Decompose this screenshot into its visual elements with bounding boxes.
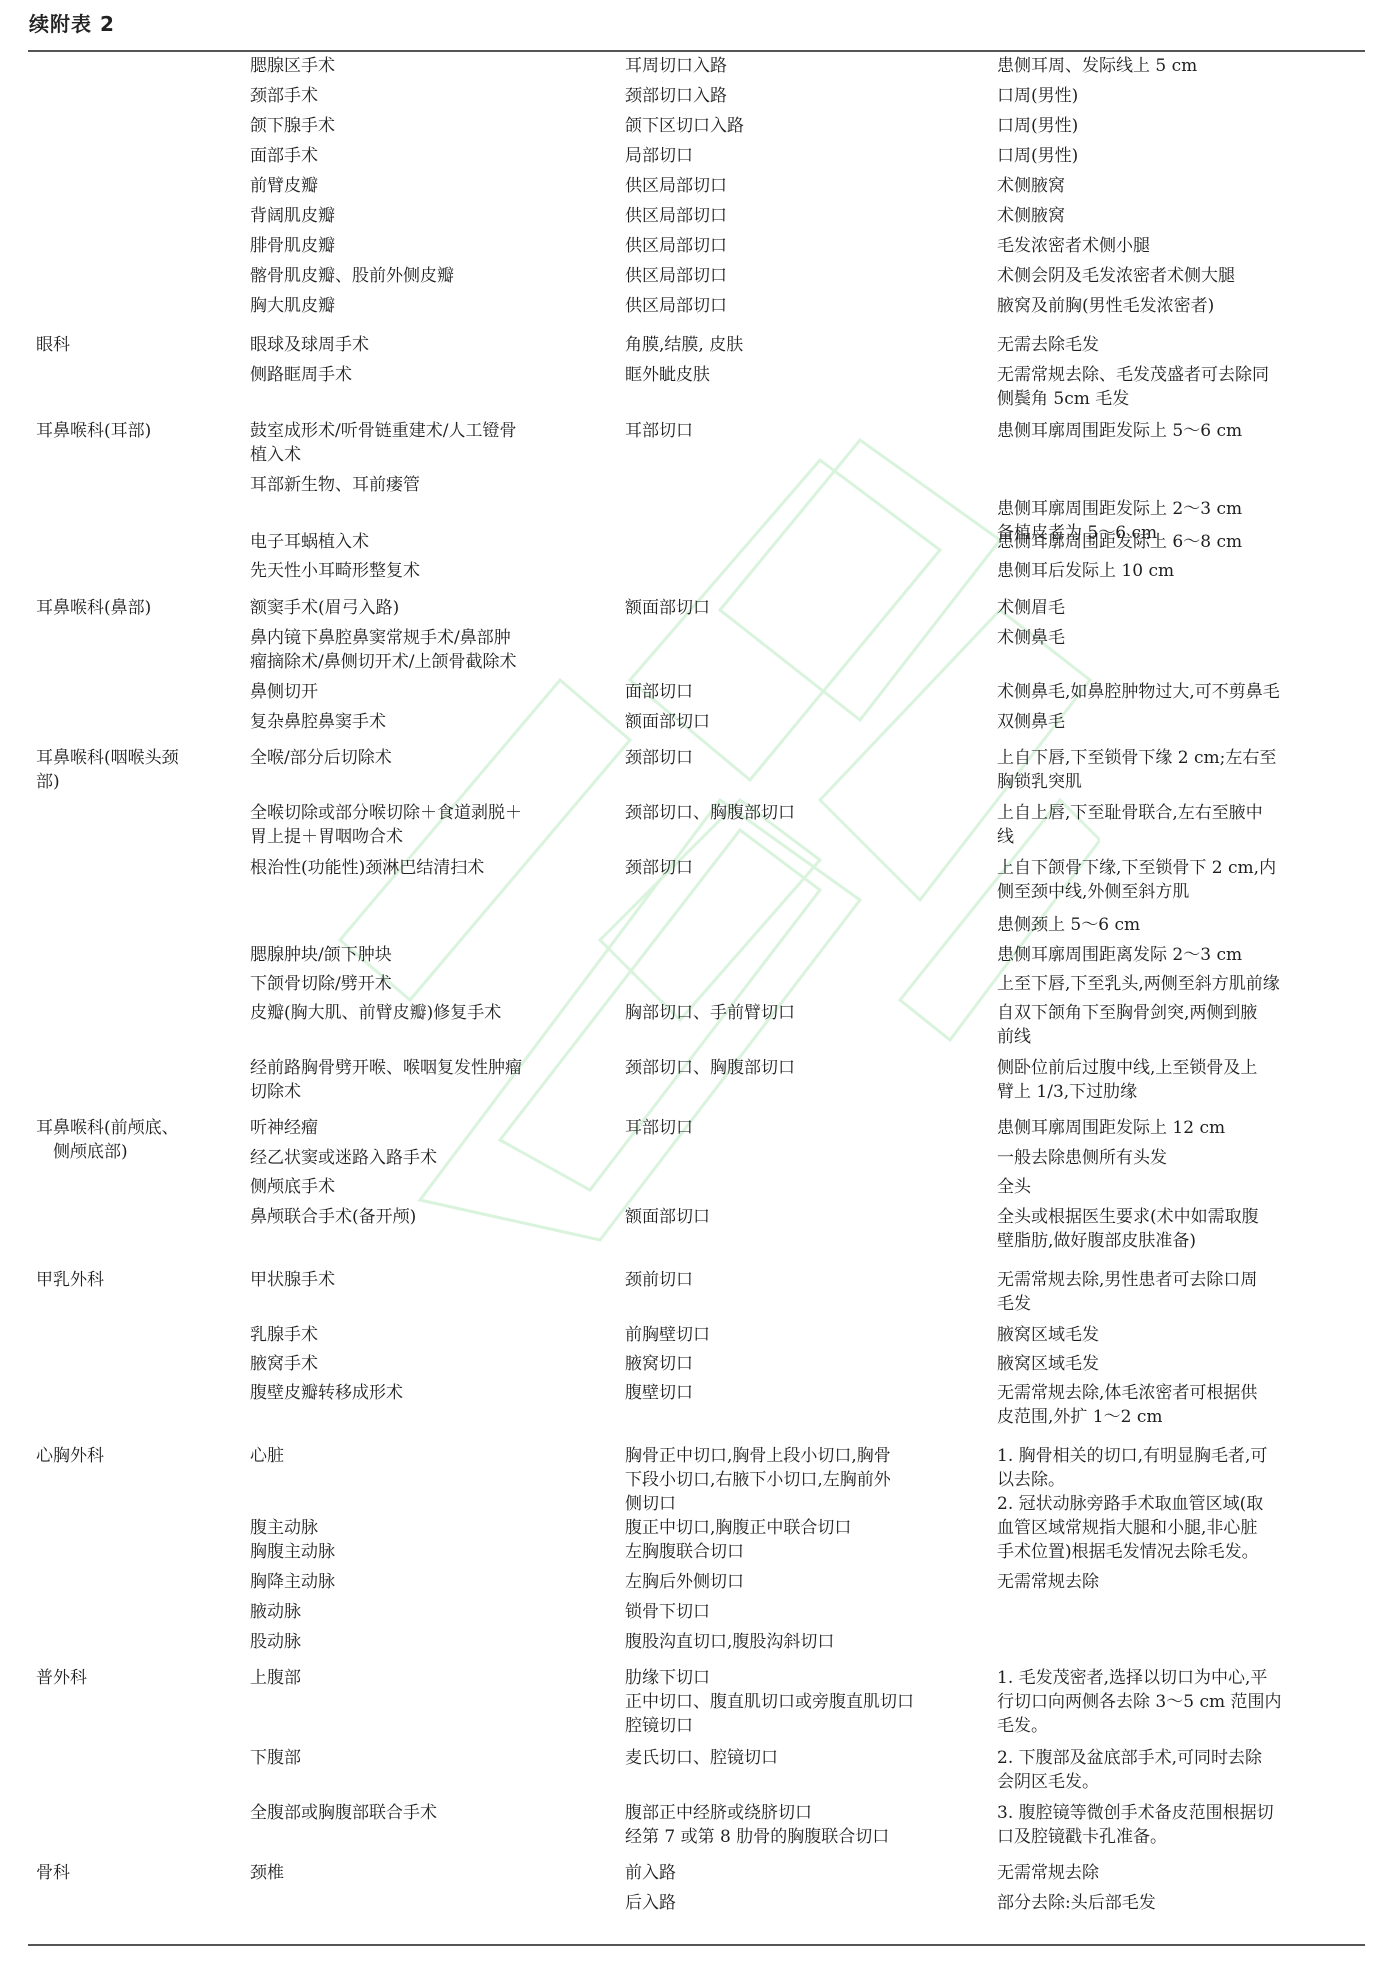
incision-cell: 颈部切口、胸腹部切口 bbox=[625, 801, 985, 825]
incision-cell: 眶外眦皮肤 bbox=[625, 363, 985, 387]
hair-removal-range-cell: 腋窝及前胸(男性毛发浓密者) bbox=[997, 294, 1362, 318]
procedure-cell: 经前路胸骨劈开喉、喉咽复发性肿瘤 切除术 bbox=[250, 1056, 610, 1104]
incision-cell: 供区局部切口 bbox=[625, 234, 985, 258]
procedure-cell: 侧路眶周手术 bbox=[250, 363, 610, 387]
procedure-cell: 根治性(功能性)颈淋巴结清扫术 bbox=[250, 856, 610, 880]
hair-removal-range-cell: 无需常规去除 bbox=[997, 1570, 1362, 1594]
hair-removal-range-cell: 术侧鼻毛,如鼻腔肿物过大,可不剪鼻毛 bbox=[997, 680, 1362, 704]
procedure-cell: 腮腺肿块/颌下肿块 bbox=[250, 943, 610, 967]
incision-cell: 角膜,结膜, 皮肤 bbox=[625, 333, 985, 357]
procedure-cell: 鼓室成形术/听骨链重建术/人工镫骨 植入术 bbox=[250, 419, 610, 467]
hair-removal-range-cell: 侧卧位前后过腹中线,上至锁骨及上 臂上 1/3,下过肋缘 bbox=[997, 1056, 1362, 1104]
incision-cell: 颈部切口 bbox=[625, 746, 985, 770]
procedure-cell: 经乙状窦或迷路入路手术 bbox=[250, 1146, 610, 1170]
procedure-cell: 髂骨肌皮瓣、股前外侧皮瓣 bbox=[250, 264, 610, 288]
procedure-cell: 下腹部 bbox=[250, 1746, 610, 1770]
hair-removal-range-cell: 患侧颈上 5～6 cm bbox=[997, 913, 1362, 937]
procedure-cell: 面部手术 bbox=[250, 144, 610, 168]
hair-removal-range-cell: 患侧耳周、发际线上 5 cm bbox=[997, 54, 1362, 78]
hair-removal-range-cell: 上自下颌骨下缘,下至锁骨下 2 cm,内 侧至颈中线,外侧至斜方肌 bbox=[997, 856, 1362, 904]
department-cell: 耳鼻喉科(前颅底、 侧颅底部) bbox=[36, 1116, 236, 1164]
incision-cell: 腹股沟直切口,腹股沟斜切口 bbox=[625, 1630, 985, 1654]
incision-cell: 左胸后外侧切口 bbox=[625, 1570, 985, 1594]
incision-cell: 胸部切口、手前臂切口 bbox=[625, 1001, 985, 1025]
hair-removal-range-cell: 术侧腋窝 bbox=[997, 174, 1362, 198]
incision-cell: 左胸腹联合切口 bbox=[625, 1540, 985, 1564]
hair-removal-range-cell: 上自下唇,下至锁骨下缘 2 cm;左右至 胸锁乳突肌 bbox=[997, 746, 1362, 794]
hair-removal-range-cell: 腋窝区域毛发 bbox=[997, 1352, 1362, 1376]
procedure-cell: 腹壁皮瓣转移成形术 bbox=[250, 1381, 610, 1405]
hair-removal-range-cell: 上自上唇,下至耻骨联合,左右至腋中 线 bbox=[997, 801, 1362, 849]
department-cell: 耳鼻喉科(耳部) bbox=[36, 419, 236, 443]
department-cell: 耳鼻喉科(咽喉头颈 部) bbox=[36, 746, 236, 794]
incision-cell: 腹正中切口,胸腹正中联合切口 bbox=[625, 1516, 985, 1540]
procedure-cell: 甲状腺手术 bbox=[250, 1268, 610, 1292]
hair-removal-range-cell: 无需常规去除 bbox=[997, 1861, 1362, 1885]
hair-removal-range-cell: 自双下颌角下至胸骨剑突,两侧到腋 前线 bbox=[997, 1001, 1362, 1049]
table-title: 续附表 2 bbox=[29, 8, 115, 37]
hair-removal-range-cell: 口周(男性) bbox=[997, 84, 1362, 108]
incision-cell: 肋缘下切口 正中切口、腹直肌切口或旁腹直肌切口 腔镜切口 bbox=[625, 1666, 985, 1738]
hair-removal-range-cell: 无需常规去除、毛发茂盛者可去除同 侧鬓角 5cm 毛发 bbox=[997, 363, 1362, 411]
procedure-cell: 全腹部或胸腹部联合手术 bbox=[250, 1801, 610, 1825]
procedure-cell: 鼻颅联合手术(备开颅) bbox=[250, 1205, 610, 1229]
procedure-cell: 全喉/部分后切除术 bbox=[250, 746, 610, 770]
hair-removal-range-cell: 患侧耳廓周围距发际上 6～8 cm bbox=[997, 530, 1362, 554]
hair-removal-range-cell: 全头或根据医生要求(术中如需取腹 壁脂肪,做好腹部皮肤准备) bbox=[997, 1205, 1362, 1253]
procedure-cell: 侧颅底手术 bbox=[250, 1175, 610, 1199]
procedure-cell: 腋动脉 bbox=[250, 1600, 610, 1624]
hair-removal-range-cell: 无需常规去除,男性患者可去除口周 毛发 bbox=[997, 1268, 1362, 1316]
procedure-cell: 胸腹主动脉 bbox=[250, 1540, 610, 1564]
procedure-cell: 鼻侧切开 bbox=[250, 680, 610, 704]
hair-removal-range-cell: 口周(男性) bbox=[997, 144, 1362, 168]
procedure-cell: 颌下腺手术 bbox=[250, 114, 610, 138]
hair-removal-range-cell: 2. 下腹部及盆底部手术,可同时去除 会阴区毛发。 bbox=[997, 1746, 1362, 1794]
incision-cell: 供区局部切口 bbox=[625, 264, 985, 288]
hair-removal-range-cell: 毛发浓密者术侧小腿 bbox=[997, 234, 1362, 258]
hair-removal-range-cell: 术侧腋窝 bbox=[997, 204, 1362, 228]
hair-removal-range-cell: 双侧鼻毛 bbox=[997, 710, 1362, 734]
hair-removal-range-cell: 患侧耳廓周围距发际上 5～6 cm bbox=[997, 419, 1362, 443]
hair-removal-range-cell: 腋窝区域毛发 bbox=[997, 1323, 1362, 1347]
top-rule bbox=[28, 50, 1365, 52]
incision-cell: 颈前切口 bbox=[625, 1268, 985, 1292]
procedure-cell: 先天性小耳畸形整复术 bbox=[250, 559, 610, 583]
incision-cell: 耳部切口 bbox=[625, 1116, 985, 1140]
hair-removal-range-cell: 一般去除患侧所有头发 bbox=[997, 1146, 1362, 1170]
incision-cell: 局部切口 bbox=[625, 144, 985, 168]
procedure-cell: 眼球及球周手术 bbox=[250, 333, 610, 357]
incision-cell: 颌下区切口入路 bbox=[625, 114, 985, 138]
procedure-cell: 上腹部 bbox=[250, 1666, 610, 1690]
incision-cell: 颈部切口、胸腹部切口 bbox=[625, 1056, 985, 1080]
incision-cell: 前入路 bbox=[625, 1861, 985, 1885]
incision-cell: 锁骨下切口 bbox=[625, 1600, 985, 1624]
hair-removal-range-cell: 患侧耳廓周围距离发际 2～3 cm bbox=[997, 943, 1362, 967]
department-cell: 眼科 bbox=[36, 333, 236, 357]
procedure-cell: 腹主动脉 bbox=[250, 1516, 610, 1540]
procedure-cell: 颈部手术 bbox=[250, 84, 610, 108]
incision-cell: 后入路 bbox=[625, 1891, 985, 1915]
procedure-cell: 全喉切除或部分喉切除＋食道剥脱＋ 胃上提＋胃咽吻合术 bbox=[250, 801, 610, 849]
procedure-cell: 鼻内镜下鼻腔鼻窦常规手术/鼻部肿 瘤摘除术/鼻侧切开术/上颌骨截除术 bbox=[250, 626, 610, 674]
hair-removal-range-cell: 术侧鼻毛 bbox=[997, 626, 1362, 650]
incision-cell: 颈部切口入路 bbox=[625, 84, 985, 108]
procedure-cell: 皮瓣(胸大肌、前臂皮瓣)修复手术 bbox=[250, 1001, 610, 1025]
department-cell: 普外科 bbox=[36, 1666, 236, 1690]
incision-cell: 耳周切口入路 bbox=[625, 54, 985, 78]
incision-cell: 胸骨正中切口,胸骨上段小切口,胸骨 下段小切口,右腋下小切口,左胸前外 侧切口 bbox=[625, 1444, 985, 1516]
hair-removal-range-cell: 3. 腹腔镜等微创手术备皮范围根据切 口及腔镜戳卡孔准备。 bbox=[997, 1801, 1362, 1849]
procedure-cell: 心脏 bbox=[250, 1444, 610, 1468]
incision-cell: 颈部切口 bbox=[625, 856, 985, 880]
procedure-cell: 腮腺区手术 bbox=[250, 54, 610, 78]
incision-cell: 供区局部切口 bbox=[625, 174, 985, 198]
hair-removal-range-cell: 口周(男性) bbox=[997, 114, 1362, 138]
incision-cell: 供区局部切口 bbox=[625, 294, 985, 318]
incision-cell: 额面部切口 bbox=[625, 1205, 985, 1229]
incision-cell: 面部切口 bbox=[625, 680, 985, 704]
procedure-cell: 听神经瘤 bbox=[250, 1116, 610, 1140]
procedure-cell: 前臂皮瓣 bbox=[250, 174, 610, 198]
procedure-cell: 背阔肌皮瓣 bbox=[250, 204, 610, 228]
procedure-cell: 耳部新生物、耳前瘘管 bbox=[250, 473, 610, 497]
hair-removal-range-cell: 患侧耳廓周围距发际上 12 cm bbox=[997, 1116, 1362, 1140]
incision-cell: 腹壁切口 bbox=[625, 1381, 985, 1405]
procedure-cell: 乳腺手术 bbox=[250, 1323, 610, 1347]
procedure-cell: 额窦手术(眉弓入路) bbox=[250, 596, 610, 620]
hair-removal-range-cell: 全头 bbox=[997, 1175, 1362, 1199]
procedure-cell: 复杂鼻腔鼻窦手术 bbox=[250, 710, 610, 734]
procedure-cell: 腓骨肌皮瓣 bbox=[250, 234, 610, 258]
department-cell: 甲乳外科 bbox=[36, 1268, 236, 1292]
procedure-cell: 电子耳蜗植入术 bbox=[250, 530, 610, 554]
department-cell: 心胸外科 bbox=[36, 1444, 236, 1468]
department-cell: 耳鼻喉科(鼻部) bbox=[36, 596, 236, 620]
hair-removal-range-cell: 1. 毛发茂密者,选择以切口为中心,平 行切口向两侧各去除 3～5 cm 范围内… bbox=[997, 1666, 1362, 1738]
procedure-cell: 胸大肌皮瓣 bbox=[250, 294, 610, 318]
hair-removal-range-cell: 上至下唇,下至乳头,两侧至斜方肌前缘 bbox=[997, 972, 1362, 996]
department-cell: 骨科 bbox=[36, 1861, 236, 1885]
hair-removal-range-cell: 无需去除毛发 bbox=[997, 333, 1362, 357]
incision-cell: 额面部切口 bbox=[625, 710, 985, 734]
hair-removal-range-cell: 部分去除:头后部毛发 bbox=[997, 1891, 1362, 1915]
incision-cell: 腋窝切口 bbox=[625, 1352, 985, 1376]
incision-cell: 供区局部切口 bbox=[625, 204, 985, 228]
procedure-cell: 胸降主动脉 bbox=[250, 1570, 610, 1594]
incision-cell: 麦氏切口、腔镜切口 bbox=[625, 1746, 985, 1770]
bottom-rule bbox=[28, 1944, 1365, 1946]
procedure-cell: 颈椎 bbox=[250, 1861, 610, 1885]
incision-cell: 腹部正中经脐或绕脐切口 经第 7 或第 8 肋骨的胸腹联合切口 bbox=[625, 1801, 985, 1849]
incision-cell: 前胸壁切口 bbox=[625, 1323, 985, 1347]
hair-removal-range-cell: 术侧会阴及毛发浓密者术侧大腿 bbox=[997, 264, 1362, 288]
incision-cell: 额面部切口 bbox=[625, 596, 985, 620]
incision-cell: 耳部切口 bbox=[625, 419, 985, 443]
procedure-cell: 股动脉 bbox=[250, 1630, 610, 1654]
hair-removal-range-cell: 术侧眉毛 bbox=[997, 596, 1362, 620]
procedure-cell: 腋窝手术 bbox=[250, 1352, 610, 1376]
procedure-cell: 下颌骨切除/劈开术 bbox=[250, 972, 610, 996]
hair-removal-range-cell: 无需常规去除,体毛浓密者可根据供 皮范围,外扩 1～2 cm bbox=[997, 1381, 1362, 1429]
hair-removal-range-cell: 1. 胸骨相关的切口,有明显胸毛者,可 以去除。 2. 冠状动脉旁路手术取血管区… bbox=[997, 1444, 1362, 1564]
hair-removal-range-cell: 患侧耳后发际上 10 cm bbox=[997, 559, 1362, 583]
